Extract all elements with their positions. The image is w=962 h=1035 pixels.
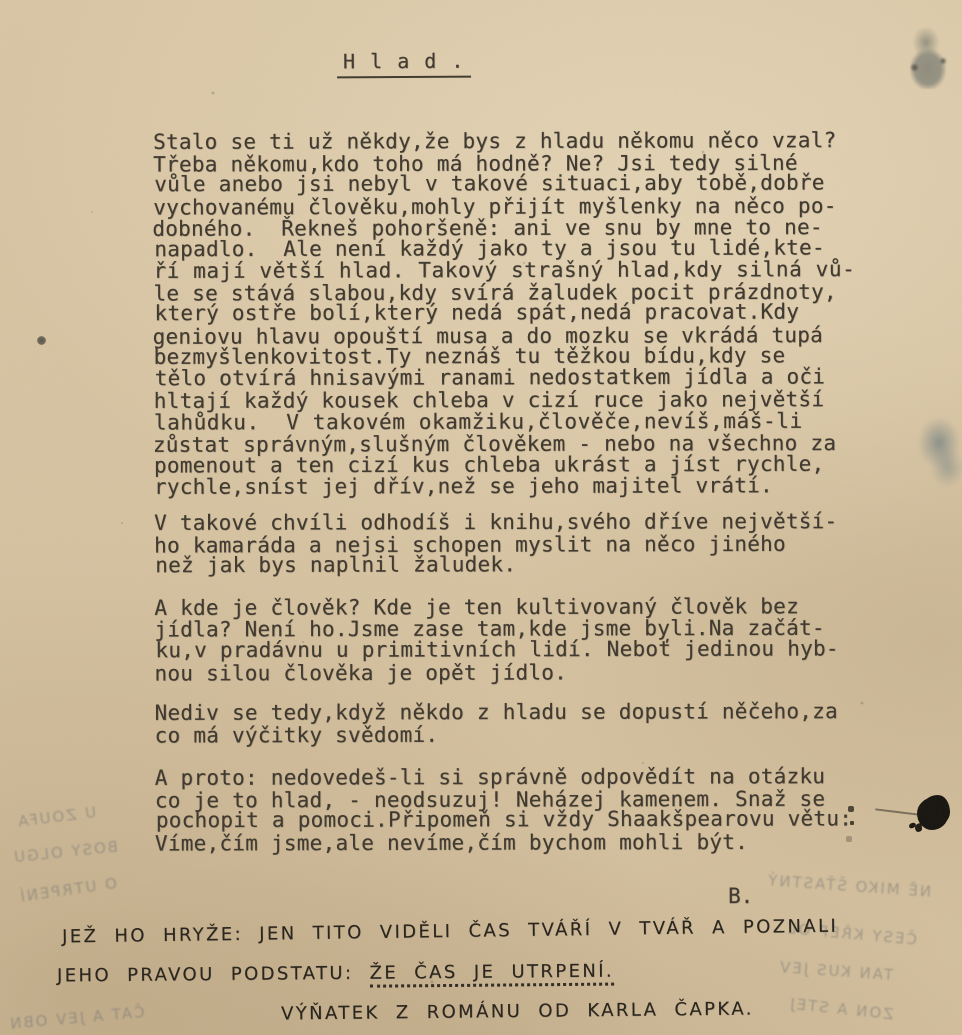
ink-blot-artifact — [917, 797, 948, 830]
text-line: Nediv se tedy,když někdo z hladu se dopu… — [155, 701, 870, 724]
text-line: geniovu hlavu opouští musa a do mozku se… — [153, 325, 868, 348]
grey-smudge-artifact — [914, 406, 962, 488]
paragraph: V takové chvíli odhodíš i knihu,svého dř… — [154, 511, 869, 578]
text-line: napadlo. Ale není každý jako ty a jsou t… — [154, 237, 869, 260]
text-line: než jak bys naplnil žaludek. — [155, 554, 870, 577]
paper-speckles — [0, 0, 2, 2]
bleedthrough-fragment: ZON A STEJ — [787, 995, 894, 1024]
paragraph: A kde je člověk? Kde je ten kultivovaný … — [154, 596, 869, 684]
text-line: nou silou člověka je opět jídlo. — [154, 661, 869, 684]
typed-text-block: Stalo se ti už někdy,že bys z hladu něko… — [153, 130, 870, 854]
text-line: ku,v pradávnu u primitivních lidí. Neboť… — [155, 638, 870, 661]
text-line: co má výčitky svědomí. — [155, 723, 870, 746]
text-line: pomenout a ten cizí kus chleba ukrást a … — [154, 454, 869, 477]
paragraph: Stalo se ti už někdy,že bys z hladu něko… — [153, 130, 869, 498]
author-initial: B. — [728, 884, 753, 908]
handwritten-line: JEŽ HO HRYŽE: JEN TITO VIDĚLI ČAS TVÁŘÍ … — [62, 916, 838, 948]
text-line: vůle anebo jsi nebyl v takové situaci,ab… — [154, 172, 869, 195]
bleedthrough-fragment: ČAT A JEV OBN — [7, 1003, 145, 1033]
handwritten-underlined-text: ŽE ČAS JE UTRPENÍ. — [369, 961, 614, 988]
small-dot-artifact — [37, 336, 46, 345]
text-line: rychle,sníst jej dřív,než se jeho majite… — [154, 475, 869, 498]
handwritten-line: JEHO PRAVOU PODSTATU: ŽE ČAS JE UTRPENÍ. — [57, 961, 614, 987]
bleedthrough-fragment: O UTRPENÍ — [17, 874, 118, 906]
text-line: pochopit a pomoci.Připomeň si vždy Shaak… — [156, 809, 871, 832]
scanned-page: U ZOUFA BOSY OLGU O UTRPENÍ NĚ MIKO ŠŤAS… — [0, 0, 962, 1035]
bleedthrough-fragment: U ZOUFA — [15, 803, 97, 831]
paragraph: Nediv se tedy,když někdo z hladu se dopu… — [155, 701, 870, 746]
text-line: který ostře bolí,který nedá spát,nedá pr… — [155, 302, 870, 325]
ink-speck-artifact — [848, 806, 854, 812]
handwritten-source-line: VÝŇATEK Z ROMÁNU OD KARLA ČAPKA. — [281, 999, 754, 1025]
handwritten-text: JEHO PRAVOU PODSTATU: — [57, 963, 370, 987]
document-title: H l a d . — [337, 49, 471, 79]
bleedthrough-fragment: NĚ MIKO ŠŤASTNÝ — [766, 871, 932, 900]
paragraph: A proto: nedovedeš-li si správně odpověd… — [155, 766, 870, 854]
text-line: Víme,čím jsme,ale nevíme,čím bychom mohl… — [155, 832, 870, 855]
bleedthrough-fragment: BOSY OLGU — [11, 838, 118, 867]
tape-smudge-artifact — [908, 27, 948, 89]
bleedthrough-fragment: TAN KUS JEV — [778, 958, 894, 984]
text-line: tělo otvírá hnisavými ranami nedostatkem… — [155, 366, 870, 389]
